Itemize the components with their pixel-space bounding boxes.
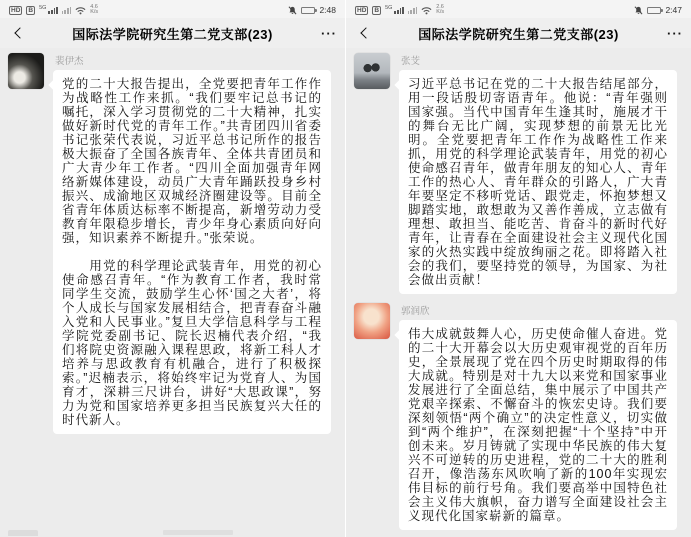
hd-icon: HD [9, 6, 22, 15]
chat-title: 国际法学院研究生第二党支部(23) [0, 24, 345, 43]
status-bar: HD B 5G 4.6 K/s 2:48 [0, 0, 345, 18]
message-paragraph: 用党的科学理论武装青年，用党的初心使命感召青年。“作为教育工作者，我时常同学生交… [62, 259, 322, 427]
message-bubble[interactable]: 党的二十大报告提出，全党要把青年工作作为战略性工作来抓。“我们要牢记总书记的嘱托… [53, 70, 331, 434]
cutoff-next-message-hint [8, 530, 233, 536]
sender-avatar[interactable] [354, 53, 390, 89]
bluetooth-icon: B [372, 6, 381, 15]
wifi-icon [421, 6, 432, 15]
sender-avatar[interactable] [8, 53, 44, 89]
message-row: 郭润欣 伟大成就鼓舞人心，历史使命催人奋进。党的二十大开幕会以大历史观审视党的百… [354, 303, 683, 530]
clock-time: 2:48 [319, 5, 336, 15]
signal-bars-icon [394, 6, 403, 14]
signal-bars-icon [48, 6, 57, 14]
message-body: 郭润欣 伟大成就鼓舞人心，历史使命催人奋进。党的二十大开幕会以大历史观审视党的百… [399, 303, 677, 530]
left-chat-screenshot: HD B 5G 4.6 K/s 2:48 [0, 0, 345, 537]
network-type-label: 5G [385, 5, 392, 11]
message-row: 张芠 习近平总书记在党的二十大报告结尾部分，用一段话殷切寄语青年。他说：“青年强… [354, 53, 683, 294]
back-button[interactable] [6, 18, 30, 48]
message-bubble[interactable]: 伟大成就鼓舞人心，历史使命催人奋进。党的二十大开幕会以大历史观审视党的百年历史，… [399, 320, 677, 530]
back-button[interactable] [352, 18, 376, 48]
hd-icon: HD [355, 6, 368, 15]
message-paragraph: 伟大成就鼓舞人心，历史使命催人奋进。党的二十大开幕会以大历史观审视党的百年历史，… [408, 327, 668, 523]
message-paragraph: 党的二十大报告提出，全党要把青年工作作为战略性工作来抓。“我们要牢记总书记的嘱托… [62, 77, 322, 245]
battery-icon [647, 7, 661, 14]
message-paragraph: 习近平总书记在党的二十大报告结尾部分，用一段话殷切寄语青年。他说：“青年强则国家… [408, 77, 668, 287]
more-menu-button[interactable]: ··· [321, 18, 337, 48]
right-chat-screenshot: HD B 5G 2.6 K/s 2:47 [346, 0, 691, 537]
message-row: 裴伊杰 党的二十大报告提出，全党要把青年工作作为战略性工作来抓。“我们要牢记总书… [8, 53, 337, 434]
network-type-label: 5G [39, 5, 46, 11]
chat-title: 国际法学院研究生第二党支部(23) [346, 24, 691, 43]
message-body: 裴伊杰 党的二十大报告提出，全党要把青年工作作为战略性工作来抓。“我们要牢记总书… [53, 53, 331, 434]
signal-bars-2-icon [408, 6, 417, 14]
mute-icon [288, 6, 297, 15]
status-bar-right: 2:47 [634, 5, 682, 15]
mute-icon [634, 6, 643, 15]
wifi-icon [75, 6, 86, 15]
back-chevron-icon [360, 27, 371, 38]
bluetooth-icon: B [26, 6, 35, 15]
chat-message-area[interactable]: 张芠 习近平总书记在党的二十大报告结尾部分，用一段话殷切寄语青年。他说：“青年强… [346, 48, 691, 537]
speed-unit: K/s [436, 10, 444, 16]
nav-bar: 国际法学院研究生第二党支部(23) ··· [0, 18, 345, 48]
network-speed-indicator: 4.6 K/s [90, 5, 98, 16]
clock-time: 2:47 [665, 5, 682, 15]
back-chevron-icon [14, 27, 25, 38]
signal-bars-2-icon [62, 6, 71, 14]
battery-icon [301, 7, 315, 14]
sender-name: 裴伊杰 [55, 53, 331, 67]
speed-unit: K/s [90, 10, 98, 16]
status-bar-left: HD B 5G 4.6 K/s [9, 5, 98, 16]
network-speed-indicator: 2.6 K/s [436, 5, 444, 16]
message-bubble[interactable]: 习近平总书记在党的二十大报告结尾部分，用一段话殷切寄语青年。他说：“青年强则国家… [399, 70, 677, 294]
status-bar: HD B 5G 2.6 K/s 2:47 [346, 0, 691, 18]
sender-avatar[interactable] [354, 303, 390, 339]
cutoff-text-hint [163, 530, 233, 535]
sender-name: 张芠 [401, 53, 677, 67]
message-body: 张芠 习近平总书记在党的二十大报告结尾部分，用一段话殷切寄语青年。他说：“青年强… [399, 53, 677, 294]
sender-name: 郭润欣 [401, 303, 677, 317]
nav-bar: 国际法学院研究生第二党支部(23) ··· [346, 18, 691, 48]
status-bar-right: 2:48 [288, 5, 336, 15]
chat-message-area[interactable]: 裴伊杰 党的二十大报告提出，全党要把青年工作作为战略性工作来抓。“我们要牢记总书… [0, 48, 345, 537]
more-menu-button[interactable]: ··· [667, 18, 683, 48]
status-bar-left: HD B 5G 2.6 K/s [355, 5, 444, 16]
cutoff-avatar-hint [8, 530, 38, 536]
